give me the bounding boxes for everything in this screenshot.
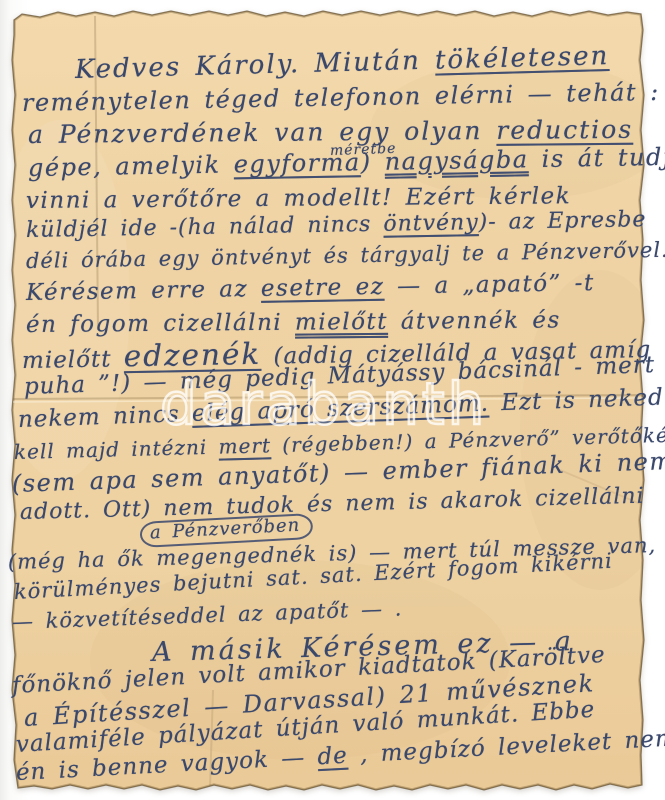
text-segment: reductios <box>496 115 633 145</box>
line-08: Kérésem erre az esetre ez — a „apató” -t <box>26 271 595 307</box>
text-segment: öntvény <box>383 210 479 237</box>
text-segment: a Pénzverdének van egy olyan <box>28 116 497 149</box>
text-segment: egyforma <box>233 148 360 178</box>
line-02: reménytelen téged telefonon elérni — teh… <box>22 79 660 117</box>
line-01: Kedves Károly. Miután tökéletesen <box>75 42 610 85</box>
text-segment: átvennék és <box>388 307 561 335</box>
text-segment: kell majd intézni <box>14 435 219 464</box>
text-segment: mielőtt <box>22 346 124 374</box>
text-segment: de <box>317 743 349 771</box>
line-07: déli órába egy öntvényt és tárgyalj te a… <box>26 239 665 274</box>
text-segment: is át tudja <box>528 142 665 173</box>
handwriting-layer: Kedves Károly. Miután tökéletesenreményt… <box>0 0 665 800</box>
text-segment: — a „apató” -t <box>384 270 595 300</box>
text-segment: — közvetítéseddel az apatőt — . <box>12 596 403 634</box>
photo-background: Kedves Károly. Miután tökéletesenreményt… <box>0 0 665 800</box>
text-segment: küldjél ide -(ha nálad nincs <box>26 212 384 243</box>
line-04: gépe, amelyik egyforma) nagyságba is át … <box>28 143 665 181</box>
text-segment: déli órába egy öntvényt és tárgyalj te a… <box>26 238 665 273</box>
text-segment: nekem nincs <box>18 401 193 433</box>
text-segment: Ezt is neked <box>488 384 664 416</box>
text-segment: tökéletesen <box>435 41 610 76</box>
text-segment: én fogom cizellálni <box>26 310 295 338</box>
text-segment: gépe, amelyik <box>28 150 234 182</box>
text-segment: )- az Epresbe <box>478 207 646 235</box>
text-segment: esetre ez <box>261 274 385 302</box>
text-segment: mielőtt <box>295 309 388 336</box>
line-19: — közvetítéseddel az apatőt — . <box>12 597 403 634</box>
text-segment: elég apró szerszámom. <box>191 391 489 427</box>
text-segment: mert <box>218 433 271 458</box>
text-segment: ) <box>360 148 384 176</box>
text-segment: nagyságba <box>384 145 528 176</box>
text-segment: Kérésem erre az <box>26 276 261 306</box>
text-segment: Kedves Károly. Miután <box>75 46 436 85</box>
